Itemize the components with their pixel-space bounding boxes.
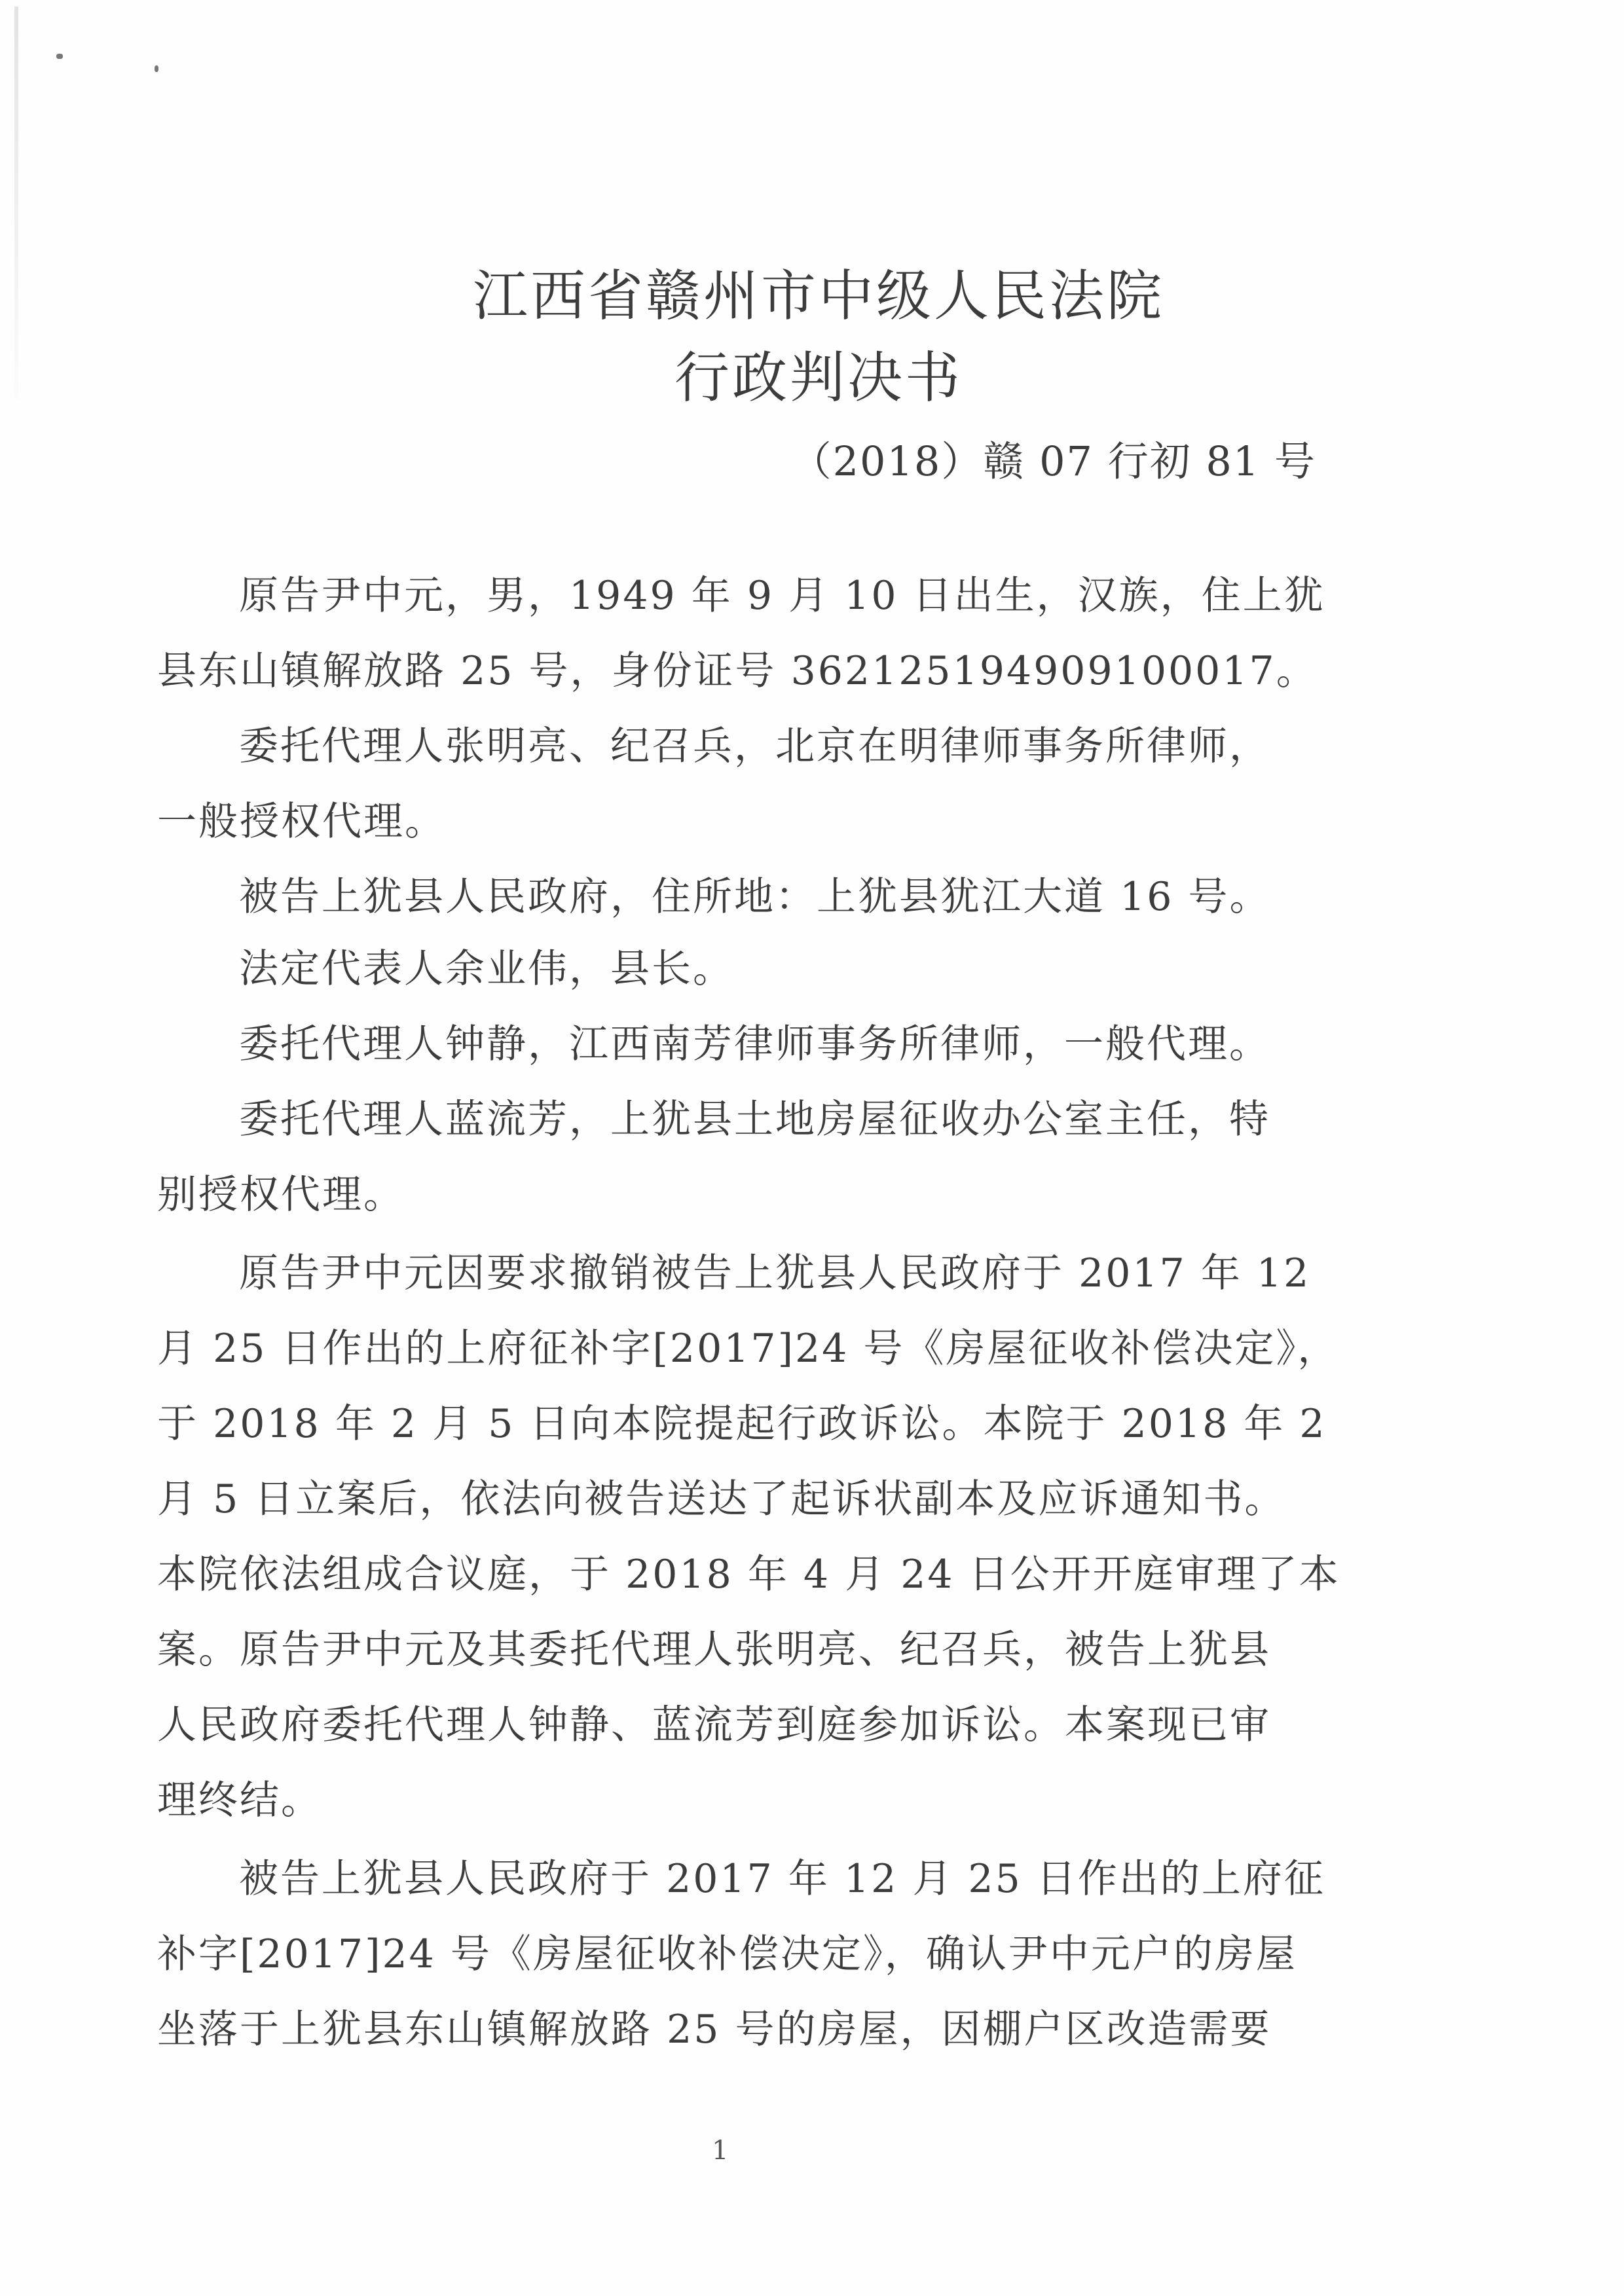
body-line: 月 25 日作出的上府征补字[2017]24 号《房屋征收补偿决定》，	[157, 1329, 1338, 1368]
body-line: 委托代理人蓝流芳，上犹县土地房屋征收办公室主任，特	[239, 1100, 1270, 1139]
body-line: 月 5 日立案后，依法向被告送达了起诉状副本及应诉通知书。	[157, 1480, 1285, 1519]
body-line: 被告上犹县人民政府于 2017 年 12 月 25 日作出的上府征	[239, 1859, 1325, 1899]
body-line: 别授权代理。	[157, 1175, 405, 1214]
body-line: 委托代理人张明亮、纪召兵，北京在明律师事务所律师，	[239, 727, 1270, 766]
body-line: 案。原告尹中元及其委托代理人张明亮、纪召兵，被告上犹县	[157, 1630, 1271, 1669]
court-name-title: 江西省赣州市中级人民法院	[0, 252, 1624, 331]
body-line: 坐落于上犹县东山镇解放路 25 号的房屋，因棚户区改造需要	[157, 2010, 1272, 2049]
document-type-title: 行政判决书	[0, 334, 1624, 413]
body-line: 原告尹中元因要求撤销被告上犹县人民政府于 2017 年 12	[239, 1254, 1310, 1293]
body-line: 于 2018 年 2 月 5 日向本院提起行政诉讼。本院于 2018 年 2	[157, 1404, 1327, 1444]
body-line: 本院依法组成合议庭，于 2018 年 4 月 24 日公开开庭审理了本	[157, 1555, 1340, 1594]
page-number: 1	[712, 2136, 728, 2166]
body-line: 补字[2017]24 号《房屋征收补偿决定》，确认尹中元户的房屋	[157, 1935, 1297, 1974]
body-line: 一般授权代理。	[157, 802, 446, 841]
body-line: 原告尹中元，男，1949 年 9 月 10 日出生，汉族，住上犹	[239, 576, 1325, 615]
body-line: 县东山镇解放路 25 号，身份证号 362125194909100017。	[157, 651, 1318, 691]
scan-speck	[56, 54, 63, 59]
body-line: 人民政府委托代理人钟静、蓝流芳到庭参加诉讼。本案现已审	[157, 1705, 1271, 1745]
case-number: （2018）赣 07 行初 81 号	[791, 429, 1316, 487]
body-line: 法定代表人余业伟，县长。	[239, 949, 734, 989]
body-line: 理终结。	[157, 1781, 322, 1820]
scan-speck	[155, 65, 158, 72]
document-page: 江西省赣州市中级人民法院 行政判决书 （2018）赣 07 行初 81 号 原告…	[0, 0, 1624, 2296]
body-line: 被告上犹县人民政府，住所地：上犹县犹江大道 16 号。	[239, 877, 1271, 917]
body-line: 委托代理人钟静，江西南芳律师事务所律师，一般代理。	[239, 1025, 1270, 1064]
